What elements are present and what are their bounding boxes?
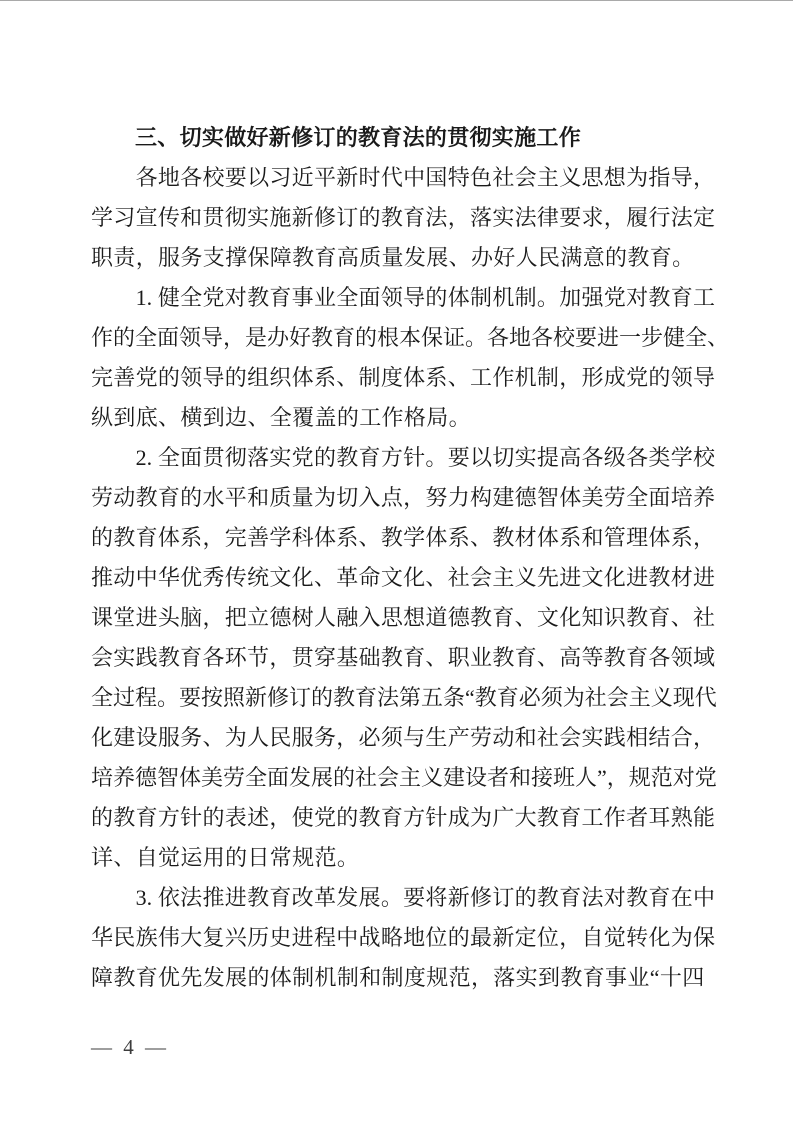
text-line: 会实践教育各环节，贯穿基础教育、职业教育、高等教育各领域	[91, 638, 715, 678]
text-line: 详、自觉运用的日常规范。	[91, 838, 715, 878]
paragraph: 各地各校要以习近平新时代中国特色社会主义思想为指导， 学习宣传和贯彻实施新修订的…	[91, 158, 715, 278]
text-line: 3. 依法推进教育改革发展。要将新修订的教育法对教育在中	[91, 878, 715, 918]
document-content: 三、切实做好新修订的教育法的贯彻实施工作 各地各校要以习近平新时代中国特色社会主…	[91, 118, 715, 998]
text-line: 1. 健全党对教育事业全面领导的体制机制。加强党对教育工	[91, 278, 715, 318]
paragraph: 2. 全面贯彻落实党的教育方针。要以切实提高各级各类学校 劳动教育的水平和质量为…	[91, 438, 715, 878]
text-line: 纵到底、横到边、全覆盖的工作格局。	[91, 398, 715, 438]
text-line: 的教育体系，完善学科体系、教学体系、教材体系和管理体系，	[91, 518, 715, 558]
text-line: 完善党的领导的组织体系、制度体系、工作机制，形成党的领导	[91, 358, 715, 398]
paragraph: 1. 健全党对教育事业全面领导的体制机制。加强党对教育工 作的全面领导，是办好教…	[91, 278, 715, 438]
text-line: 全过程。要按照新修订的教育法第五条“教育必须为社会主义现代	[91, 678, 715, 718]
text-line: 劳动教育的水平和质量为切入点，努力构建德智体美劳全面培养	[91, 478, 715, 518]
text-line: 2. 全面贯彻落实党的教育方针。要以切实提高各级各类学校	[91, 438, 715, 478]
paragraph: 3. 依法推进教育改革发展。要将新修订的教育法对教育在中 华民族伟大复兴历史进程…	[91, 878, 715, 998]
text-line: 推动中华优秀传统文化、革命文化、社会主义先进文化进教材进	[91, 558, 715, 598]
text-line: 华民族伟大复兴历史进程中战略地位的最新定位，自觉转化为保	[91, 918, 715, 958]
text-line: 障教育优先发展的体制机制和制度规范，落实到教育事业“十四	[91, 958, 715, 998]
text-line: 化建设服务、为人民服务，必须与生产劳动和社会实践相结合，	[91, 718, 715, 758]
text-line: 各地各校要以习近平新时代中国特色社会主义思想为指导，	[91, 158, 715, 198]
page-number: — 4 —	[91, 1027, 169, 1067]
text-line: 职责，服务支撑保障教育高质量发展、办好人民满意的教育。	[91, 238, 715, 278]
text-line: 的教育方针的表述，使党的教育方针成为广大教育工作者耳熟能	[91, 798, 715, 838]
text-line: 课堂进头脑，把立德树人融入思想道德教育、文化知识教育、社	[91, 598, 715, 638]
text-line: 培养德智体美劳全面发展的社会主义建设者和接班人”，规范对党	[91, 758, 715, 798]
section-heading: 三、切实做好新修订的教育法的贯彻实施工作	[91, 118, 715, 158]
text-line: 作的全面领导，是办好教育的根本保证。各地各校要进一步健全、	[91, 318, 715, 358]
text-line: 学习宣传和贯彻实施新修订的教育法，落实法律要求，履行法定	[91, 198, 715, 238]
document-page: 三、切实做好新修订的教育法的贯彻实施工作 各地各校要以习近平新时代中国特色社会主…	[0, 0, 793, 1122]
